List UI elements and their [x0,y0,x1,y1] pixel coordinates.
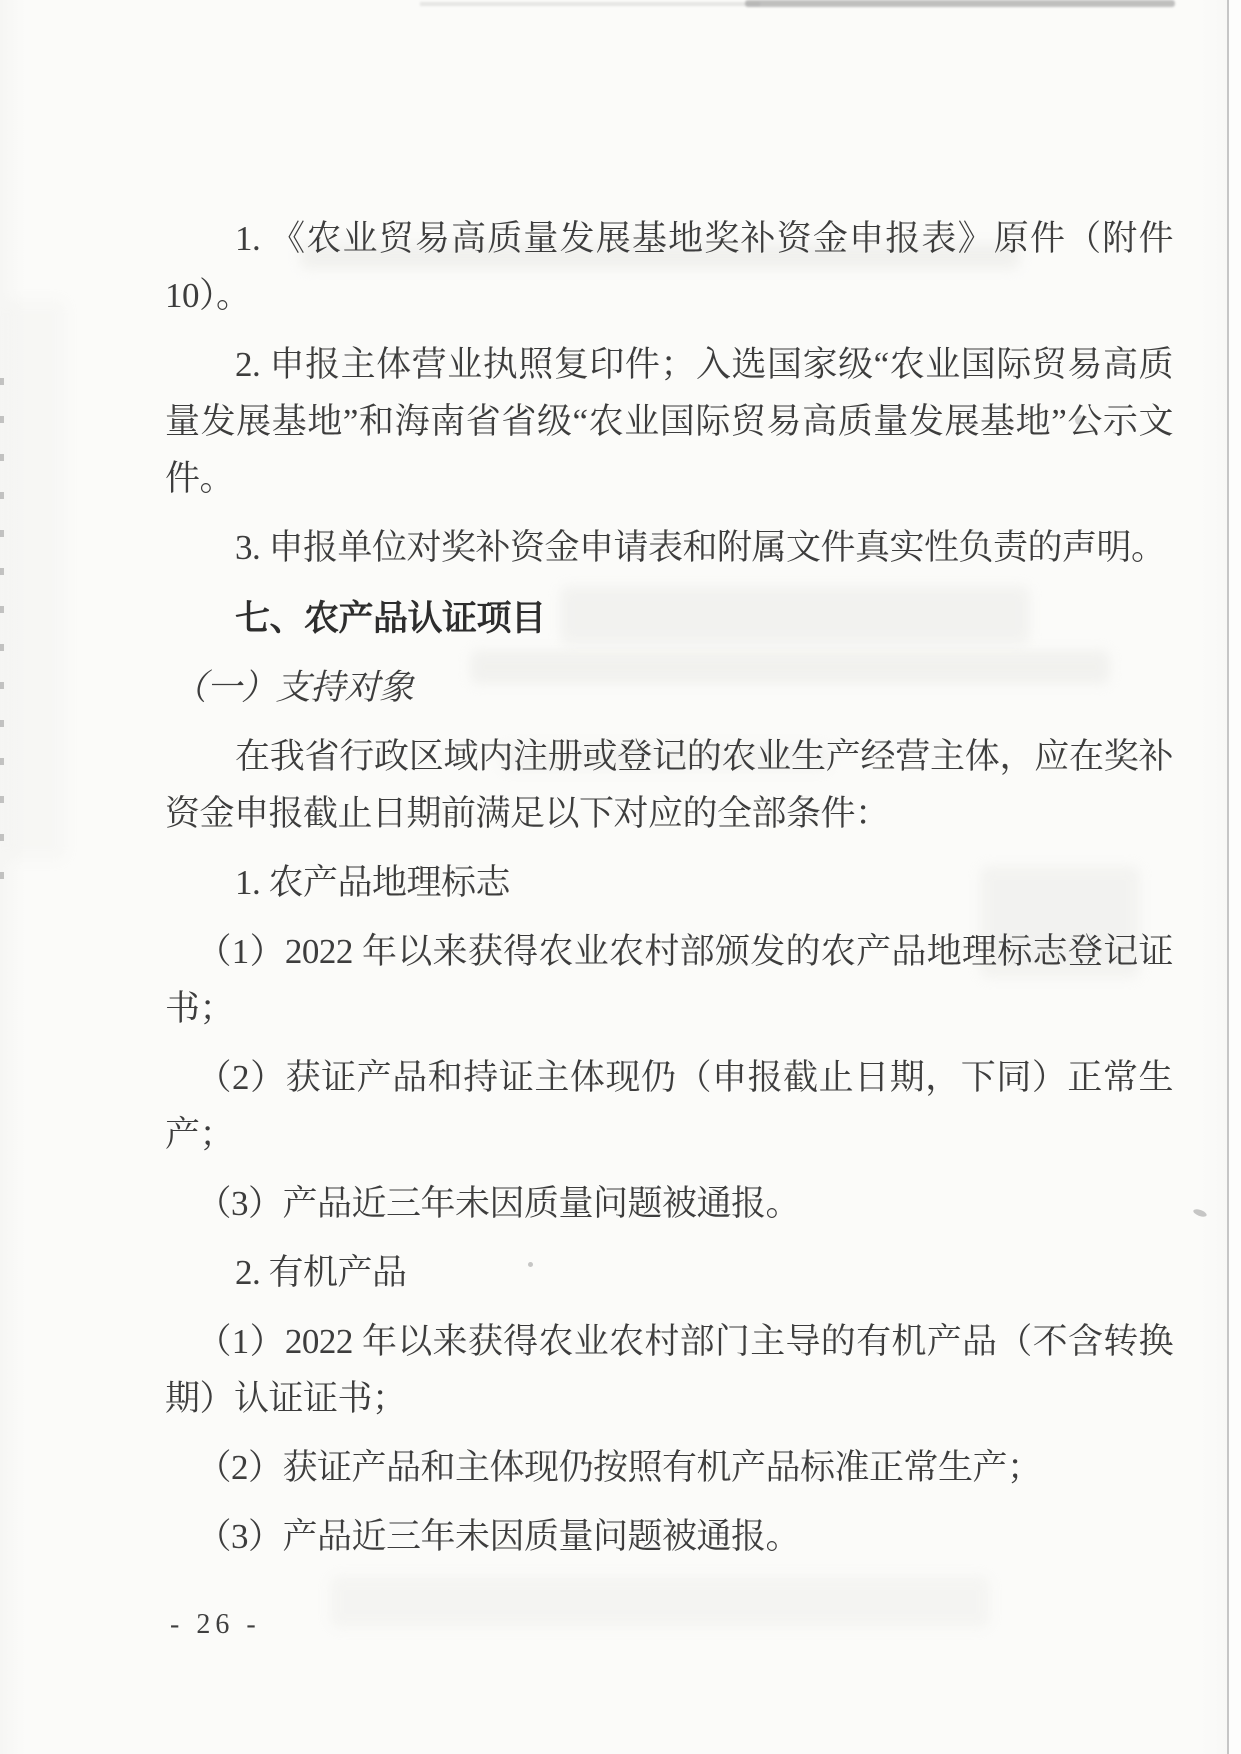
scan-speck [1192,1208,1207,1218]
bleed-through-mark [6,300,66,860]
bleed-through-mark [330,1576,990,1628]
paragraph: 2. 有机产品 [165,1244,1173,1301]
scan-smudge-top [745,0,1175,7]
paragraph: 在我省行政区域内注册或登记的农业生产经营主体，应在奖补资金申报截止日期前满足以下… [165,728,1173,842]
document-page: 1. 《农业贸易高质量发展基地奖补资金申报表》原件（附件10）。2. 申报主体营… [0,0,1241,1754]
paragraph: （2）获证产品和持证主体现仍（申报截止日期，下同）正常生产； [165,1049,1173,1163]
paragraph: 1. 《农业贸易高质量发展基地奖补资金申报表》原件（附件10）。 [165,210,1173,324]
page-number: - 26 - [170,1608,261,1642]
scan-smudge-top-faint [420,2,760,6]
scan-left-edge-ticks [0,378,4,898]
section-heading: 七、农产品认证项目 [165,590,1173,647]
paragraph: （1）2022 年以来获得农业农村部门主导的有机产品（不含转换期）认证证书； [165,1313,1173,1427]
paragraph: （1）2022 年以来获得农业农村部颁发的农产品地理标志登记证书； [165,923,1173,1037]
paragraph: 3. 申报单位对奖补资金申请表和附属文件真实性负责的声明。 [165,519,1173,576]
scan-edge-line [1227,0,1229,1754]
scan-page-edge [1229,0,1241,1754]
paragraph: （3）产品近三年未因质量问题被通报。 [165,1508,1173,1565]
paragraph: 2. 申报主体营业执照复印件；入选国家级“农业国际贸易高质量发展基地”和海南省省… [165,336,1173,507]
paragraph: （2）获证产品和主体现仍按照有机产品标准正常生产； [165,1439,1173,1496]
document-body: 1. 《农业贸易高质量发展基地奖补资金申报表》原件（附件10）。2. 申报主体营… [165,210,1173,1577]
paragraph: 1. 农产品地理标志 [165,854,1173,911]
sub-heading: （一）支持对象 [165,659,1173,716]
paragraph: （3）产品近三年未因质量问题被通报。 [165,1175,1173,1232]
